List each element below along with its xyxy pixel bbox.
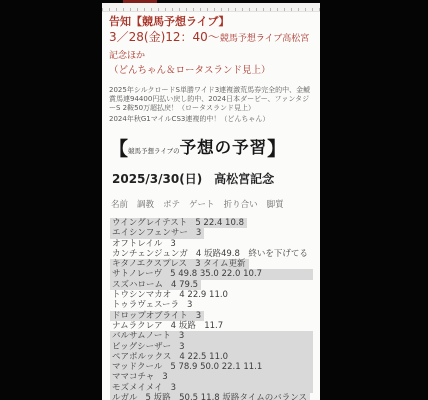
horse-name: キタノエクスプレス: [112, 259, 187, 269]
horse-data: 3 タイム更新: [195, 259, 245, 269]
horse-name: マッドクール: [112, 362, 162, 372]
page-content: 告知【競馬予想ライブ】 3／28(金)12：40〜競馬予想ライブ高松宮記念ほか …: [102, 12, 320, 400]
header-runstyle: 脚質: [267, 198, 284, 210]
horse-name: エイシンフェンサー: [112, 228, 188, 238]
notice-block: 告知【競馬予想ライブ】 3／28(金)12：40〜競馬予想ライブ高松宮記念ほか …: [109, 15, 313, 77]
horse-data: 3: [170, 239, 175, 249]
notice-schedule: 3／28(金)12：40〜競馬予想ライブ高松宮記念ほか: [109, 30, 313, 64]
notice-schedule-time: 3／28(金)12：40〜: [109, 30, 220, 44]
section-title: 【競馬予想ライブの予想の予習】: [109, 134, 313, 161]
promo-block: 2025年シルクロードS単勝ワイド3連複激荒馬券完全的中、金鯱賞馬連94400円…: [109, 86, 313, 124]
table-row: エイシンフェンサー3: [110, 228, 313, 238]
header-settling: 折り合い: [224, 198, 258, 210]
table-row-line: バルサムノート3: [110, 331, 187, 341]
horse-name: オフトレイル: [112, 239, 162, 249]
section-subtitle: 競馬予想ライブの: [128, 147, 180, 155]
table-row-line: キタノエクスプレス3 タイム更新: [110, 259, 249, 269]
table-row: ドロップオブライト3: [110, 311, 313, 321]
notice-title: 告知【競馬予想ライブ】: [109, 15, 313, 29]
horse-name: ウイングレイテスト: [112, 218, 187, 228]
horse-data: 3: [196, 228, 201, 238]
table-row: モズメイメイ3: [110, 383, 313, 393]
table-row: ビッグシーザー3: [110, 342, 313, 352]
horse-name: サトノレーヴ: [112, 269, 162, 279]
table-row: トウシンマカオ4 22.9 11.0: [110, 290, 313, 300]
table-row: ルガル5 坂路 50.5 11.8 坂路タイムのバランス: [110, 393, 313, 400]
bracket-open: 【: [109, 138, 128, 160]
table-row: トゥラヴェスーラ3: [110, 300, 313, 310]
horse-name: ルガル: [112, 393, 138, 400]
table-row-line: カンチェンジュンガ4 坂路49.8 終いを下げてる: [110, 249, 311, 259]
bracket-close: 】: [267, 138, 286, 160]
table-row-line: トゥラヴェスーラ3: [110, 300, 195, 310]
horse-data: 5 22.4 10.8: [195, 218, 244, 228]
table-header-row: 名前 調教 ポテ ゲート 折り合い 脚質: [111, 198, 313, 210]
horse-data: 4 79.5: [171, 280, 198, 290]
horse-data: 5 坂路 50.5 11.8 坂路タイムのバランス: [146, 393, 307, 400]
table-row: スズハローム4 79.5: [110, 280, 313, 290]
horse-data: 4 坂路 11.7: [171, 321, 224, 331]
table-row-line: トウシンマカオ4 22.9 11.0: [110, 290, 231, 300]
promo-paragraph-2: 2024年秋G1マイルCS3連複的中！（どんちゃん）: [109, 115, 313, 124]
table-row-line: サトノレーヴ5 49.8 35.0 22.0 10.7: [110, 269, 265, 279]
horse-name: トウシンマカオ: [112, 290, 171, 300]
table-row-line: エイシンフェンサー3: [110, 228, 204, 238]
horse-name: カンチェンジュンガ: [112, 249, 188, 259]
table-row: マッドクール5 78.9 50.0 22.1 11.1: [110, 362, 313, 372]
table-row: カンチェンジュンガ4 坂路49.8 終いを下げてる: [110, 249, 313, 259]
horse-data: 3: [196, 311, 201, 321]
table-row-line: ルガル5 坂路 50.5 11.8 坂路タイムのバランス: [110, 393, 310, 400]
table-row: ウイングレイテスト5 22.4 10.8: [110, 218, 313, 228]
table-row-line: ビッグシーザー3: [110, 342, 188, 352]
horse-name: ママコチャ: [112, 372, 154, 382]
header-training: 調教: [137, 198, 154, 210]
document-page: 告知【競馬予想ライブ】 3／28(金)12：40〜競馬予想ライブ高松宮記念ほか …: [102, 3, 320, 400]
table-row: サトノレーヴ5 49.8 35.0 22.0 10.7: [110, 269, 313, 279]
horse-data: 5 78.9 50.0 22.1 11.1: [170, 362, 262, 372]
promo-paragraph-1: 2025年シルクロードS単勝ワイド3連複激荒馬券完全的中、金鯱賞馬連94400円…: [109, 86, 313, 113]
header-name: 名前: [111, 198, 128, 210]
editor-ruler: [102, 3, 320, 12]
header-gate: ゲート: [189, 198, 215, 210]
table-row-line: ペアポルックス4 22.5 11.0: [110, 352, 231, 362]
horse-table-rows: ウイングレイテスト5 22.4 10.8エイシンフェンサー3オフトレイル3カンチ…: [110, 218, 313, 400]
table-row-line: スズハローム4 79.5: [110, 280, 201, 290]
horse-data: 3: [179, 342, 184, 352]
table-row: バルサムノート3: [110, 331, 313, 341]
race-title: 2025/3/30(日) 高松宮記念: [112, 170, 313, 187]
horse-data: 3: [187, 300, 192, 310]
horse-name: スズハローム: [112, 280, 163, 290]
table-row: ペアポルックス4 22.5 11.0: [110, 352, 313, 362]
horse-name: バルサムノート: [112, 331, 171, 341]
horse-data: 3: [162, 372, 167, 382]
horse-data: 4 22.9 11.0: [179, 290, 228, 300]
section-heading: 予想の予習: [180, 138, 268, 157]
horse-data: 3: [171, 383, 176, 393]
table-row: キタノエクスプレス3 タイム更新: [110, 259, 313, 269]
horse-data: 4 坂路49.8 終いを下げてる: [196, 249, 308, 259]
video-frame: 告知【競馬予想ライブ】 3／28(金)12：40〜競馬予想ライブ高松宮記念ほか …: [0, 0, 428, 400]
table-row: ナムラクレア4 坂路 11.7: [110, 321, 313, 331]
table-row-line: ナムラクレア4 坂路 11.7: [110, 321, 226, 331]
table-row-line: ママコチャ3: [110, 372, 171, 382]
table-row-line: マッドクール5 78.9 50.0 22.1 11.1: [110, 362, 265, 372]
horse-name: ドロップオブライト: [112, 311, 188, 321]
table-row: ママコチャ3: [110, 372, 313, 382]
table-row-line: オフトレイル3: [110, 239, 179, 249]
horse-data: 5 49.8 35.0 22.0 10.7: [170, 269, 262, 279]
horse-name: ナムラクレア: [112, 321, 163, 331]
horse-name: ビッグシーザー: [112, 342, 171, 352]
horse-name: ペアポルックス: [112, 352, 171, 362]
table-row: オフトレイル3: [110, 239, 313, 249]
table-row-line: モズメイメイ3: [110, 383, 179, 393]
horse-data: 4 22.5 11.0: [179, 352, 228, 362]
header-potential: ポテ: [163, 198, 180, 210]
horse-name: モズメイメイ: [112, 383, 163, 393]
table-row-line: ドロップオブライト3: [110, 311, 204, 321]
horse-name: トゥラヴェスーラ: [112, 300, 179, 310]
horse-data: 3: [179, 331, 184, 341]
table-row-line: ウイングレイテスト5 22.4 10.8: [110, 218, 247, 228]
notice-casters: （どんちゃん＆ロータスランド見上）: [109, 65, 313, 77]
